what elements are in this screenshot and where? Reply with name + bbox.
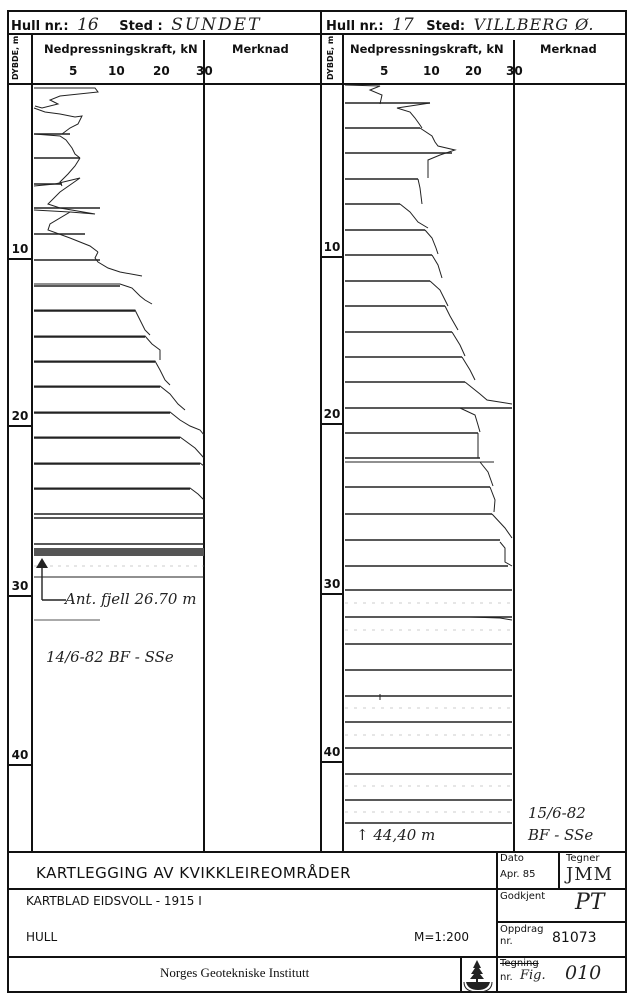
right-date-annotation-2: BF - SSe bbox=[528, 826, 593, 844]
right-penetration-log bbox=[0, 0, 632, 860]
map-sheet: KARTBLAD EIDSVOLL - 1915 I bbox=[26, 894, 202, 908]
frame-bottom bbox=[7, 991, 627, 993]
oppdrag-label-2: nr. bbox=[500, 936, 513, 947]
subject: HULL bbox=[26, 930, 57, 944]
title-block-line-2 bbox=[7, 888, 497, 890]
oppdrag-value: 81073 bbox=[552, 930, 597, 946]
tegning-prefix: Fig. bbox=[520, 968, 546, 983]
oppdrag-label-1: Oppdrag bbox=[500, 924, 544, 935]
godkjent-label: Godkjent bbox=[500, 891, 545, 902]
dato-label: Dato bbox=[500, 853, 524, 864]
right-date-annotation-1: 15/6-82 bbox=[528, 804, 586, 822]
tegning-label-2: nr. bbox=[500, 972, 513, 983]
right-cells-line-1 bbox=[496, 888, 627, 890]
institute-name: Norges Geotekniske Institutt bbox=[160, 965, 309, 981]
tree-logo-icon bbox=[462, 958, 494, 992]
right-cells-line-2 bbox=[496, 921, 627, 923]
title-block-top bbox=[7, 851, 627, 853]
tegner-divider bbox=[558, 851, 560, 888]
scale: M=1:200 bbox=[414, 930, 469, 944]
right-bottom-annotation: ↑ 44,40 m bbox=[356, 826, 435, 844]
tegner-label: Tegner bbox=[566, 853, 600, 864]
tegner-value: JMM bbox=[566, 864, 613, 885]
project-title: KARTLEGGING AV KVIKKLEIREOMRÅDER bbox=[36, 864, 351, 882]
godkjent-signature: PT bbox=[575, 890, 604, 915]
tegning-value: 010 bbox=[565, 962, 601, 984]
dato-value: Apr. 85 bbox=[500, 869, 535, 880]
